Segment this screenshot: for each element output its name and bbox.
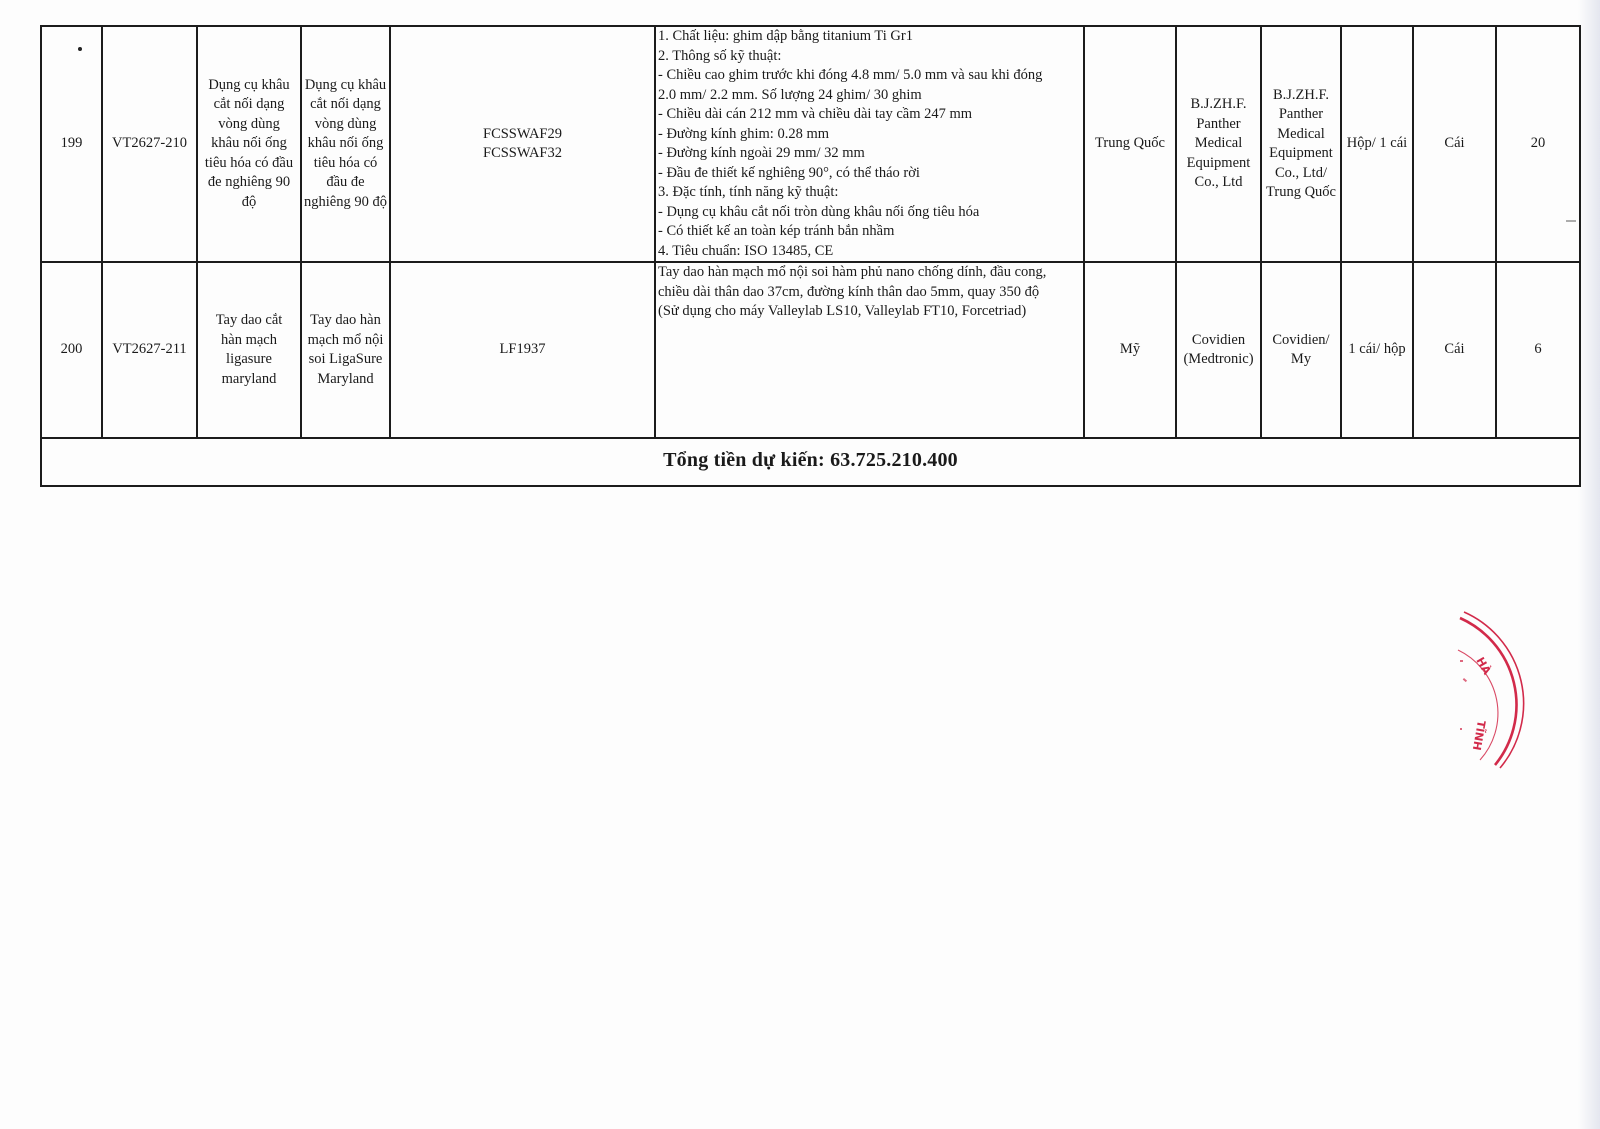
commercial-name: Tay dao hàn mạch mổ nội soi LigaSure Mar… (301, 262, 390, 438)
spec-line: - Đầu đe thiết kế nghiêng 90°, có thể th… (658, 164, 1081, 184)
spec-line: 4. Tiêu chuẩn: ISO 13485, CE (658, 242, 1081, 262)
technical-spec: 1. Chất liệu: ghim dập bằng titanium Ti … (655, 26, 1084, 262)
item-name: Dụng cụ khâu cắt nối dạng vòng dùng khâu… (197, 26, 301, 262)
total-amount: Tổng tiền dự kiến: 63.725.210.400 (663, 449, 958, 471)
spec-line: - Chiều cao ghim trước khi đóng 4.8 mm/ … (658, 66, 1081, 86)
spec-line: - Đường kính ngoài 29 mm/ 32 mm (658, 144, 1081, 164)
unit: Cái (1413, 262, 1496, 438)
commercial-name: Dụng cụ khâu cắt nối dạng vòng dùng khâu… (301, 26, 390, 262)
model-code: FCSSWAF29 FCSSWAF32 (390, 26, 655, 262)
stamp-text-ha: HÀ (1473, 655, 1493, 677)
total-row: Tổng tiền dự kiến: 63.725.210.400 (41, 438, 1580, 486)
origin: Trung Quốc (1084, 26, 1176, 262)
spec-line: (Sử dụng cho máy Valleylab LS10, Valleyl… (658, 302, 1081, 322)
technical-spec: Tay dao hàn mạch mổ nội soi hàm phủ nano… (655, 262, 1084, 438)
model-line: FCSSWAF29 (393, 125, 652, 145)
spec-line: - Đường kính ghim: 0.28 mm (658, 125, 1081, 145)
stamp-text-tinh: TĨNH (1470, 719, 1488, 751)
equipment-table: 199 VT2627-210 Dụng cụ khâu cắt nối dạng… (40, 25, 1581, 487)
unit: Cái (1413, 26, 1496, 262)
spec-line: chiều dài thân dao 37cm, đường kính thân… (658, 283, 1081, 303)
spec-line: 2.0 mm/ 2.2 mm. Số lượng 24 ghim/ 30 ghi… (658, 86, 1081, 106)
item-name: Tay dao cắt hàn mạch ligasure maryland (197, 262, 301, 438)
row-number: 199 (41, 26, 102, 262)
quantity: 20 (1496, 26, 1580, 262)
spec-line: 3. Đặc tính, tính năng kỹ thuật: (658, 183, 1081, 203)
owner: B.J.ZH.F. Panther Medical Equipment Co.,… (1261, 26, 1341, 262)
spec-line: - Dụng cụ khâu cắt nối tròn dùng khâu nố… (658, 203, 1081, 223)
spec-line: - Có thiết kế an toàn kép tránh bắn nhầm (658, 222, 1081, 242)
item-code: VT2627-210 (102, 26, 197, 262)
origin: Mỹ (1084, 262, 1176, 438)
total-cell: Tổng tiền dự kiến: 63.725.210.400 (41, 438, 1580, 486)
spec-line: 2. Thông số kỹ thuật: (658, 47, 1081, 67)
spec-line: Tay dao hàn mạch mổ nội soi hàm phủ nano… (658, 263, 1081, 283)
manufacturer: Covidien (Medtronic) (1176, 262, 1261, 438)
spec-line: 1. Chất liệu: ghim dập bằng titanium Ti … (658, 27, 1081, 47)
table-row: 200 VT2627-211 Tay dao cắt hàn mạch liga… (41, 262, 1580, 438)
table-row: 199 VT2627-210 Dụng cụ khâu cắt nối dạng… (41, 26, 1580, 262)
red-seal-stamp-icon: HÀ TĨNH (1440, 600, 1560, 770)
manufacturer: B.J.ZH.F. Panther Medical Equipment Co.,… (1176, 26, 1261, 262)
packing: Hộp/ 1 cái (1341, 26, 1413, 262)
row-number: 200 (41, 262, 102, 438)
item-code: VT2627-211 (102, 262, 197, 438)
quantity: 6 (1496, 262, 1580, 438)
scan-edge-shadow (1578, 0, 1600, 1129)
model-line: FCSSWAF32 (393, 144, 652, 164)
model-line: LF1937 (393, 340, 652, 360)
spec-line: - Chiều dài cán 212 mm và chiều dài tay … (658, 105, 1081, 125)
model-code: LF1937 (390, 262, 655, 438)
owner: Covidien/ My (1261, 262, 1341, 438)
packing: 1 cái/ hộp (1341, 262, 1413, 438)
